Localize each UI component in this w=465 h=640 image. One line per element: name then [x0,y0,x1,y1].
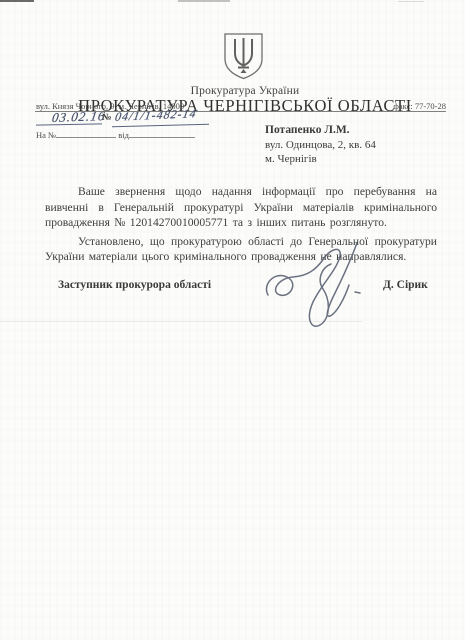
recipient-street: вул. Одинцова, 2, кв. 64 [265,138,376,153]
recipient-name: Потапенко Л.М. [265,123,376,138]
body-paragraph: Ваше звернення щодо надання інформації п… [45,184,437,231]
reply-number-blank [56,129,116,138]
number-sign-label: № [102,113,112,123]
signer-position-title: Заступник прокурора області [58,279,211,291]
scanned-letter-page: Прокуратура України ПРОКУРАТУРА ЧЕРНІГІВ… [0,0,465,640]
reply-reference-row: На № від [36,129,195,140]
scan-artifact [398,1,424,2]
scan-artifact [0,321,362,322]
scan-artifact [178,0,230,2]
reply-number-label: На № [36,130,56,140]
reply-date-label: від [118,130,129,140]
tryzub-emblem-icon [221,32,266,80]
handwritten-signature [260,241,382,331]
recipient-city: м. Чернігів [265,152,376,167]
handwritten-ref-number: 04/1/1-482-14 [114,106,198,125]
org-fax: факс: 77-70-28 [393,101,446,111]
recipient-block: Потапенко Л.М. вул. Одинцова, 2, кв. 64 … [265,123,376,167]
signer-name: Д. Сірик [383,279,428,291]
scan-artifact [0,0,34,2]
reply-date-blank [129,129,195,138]
